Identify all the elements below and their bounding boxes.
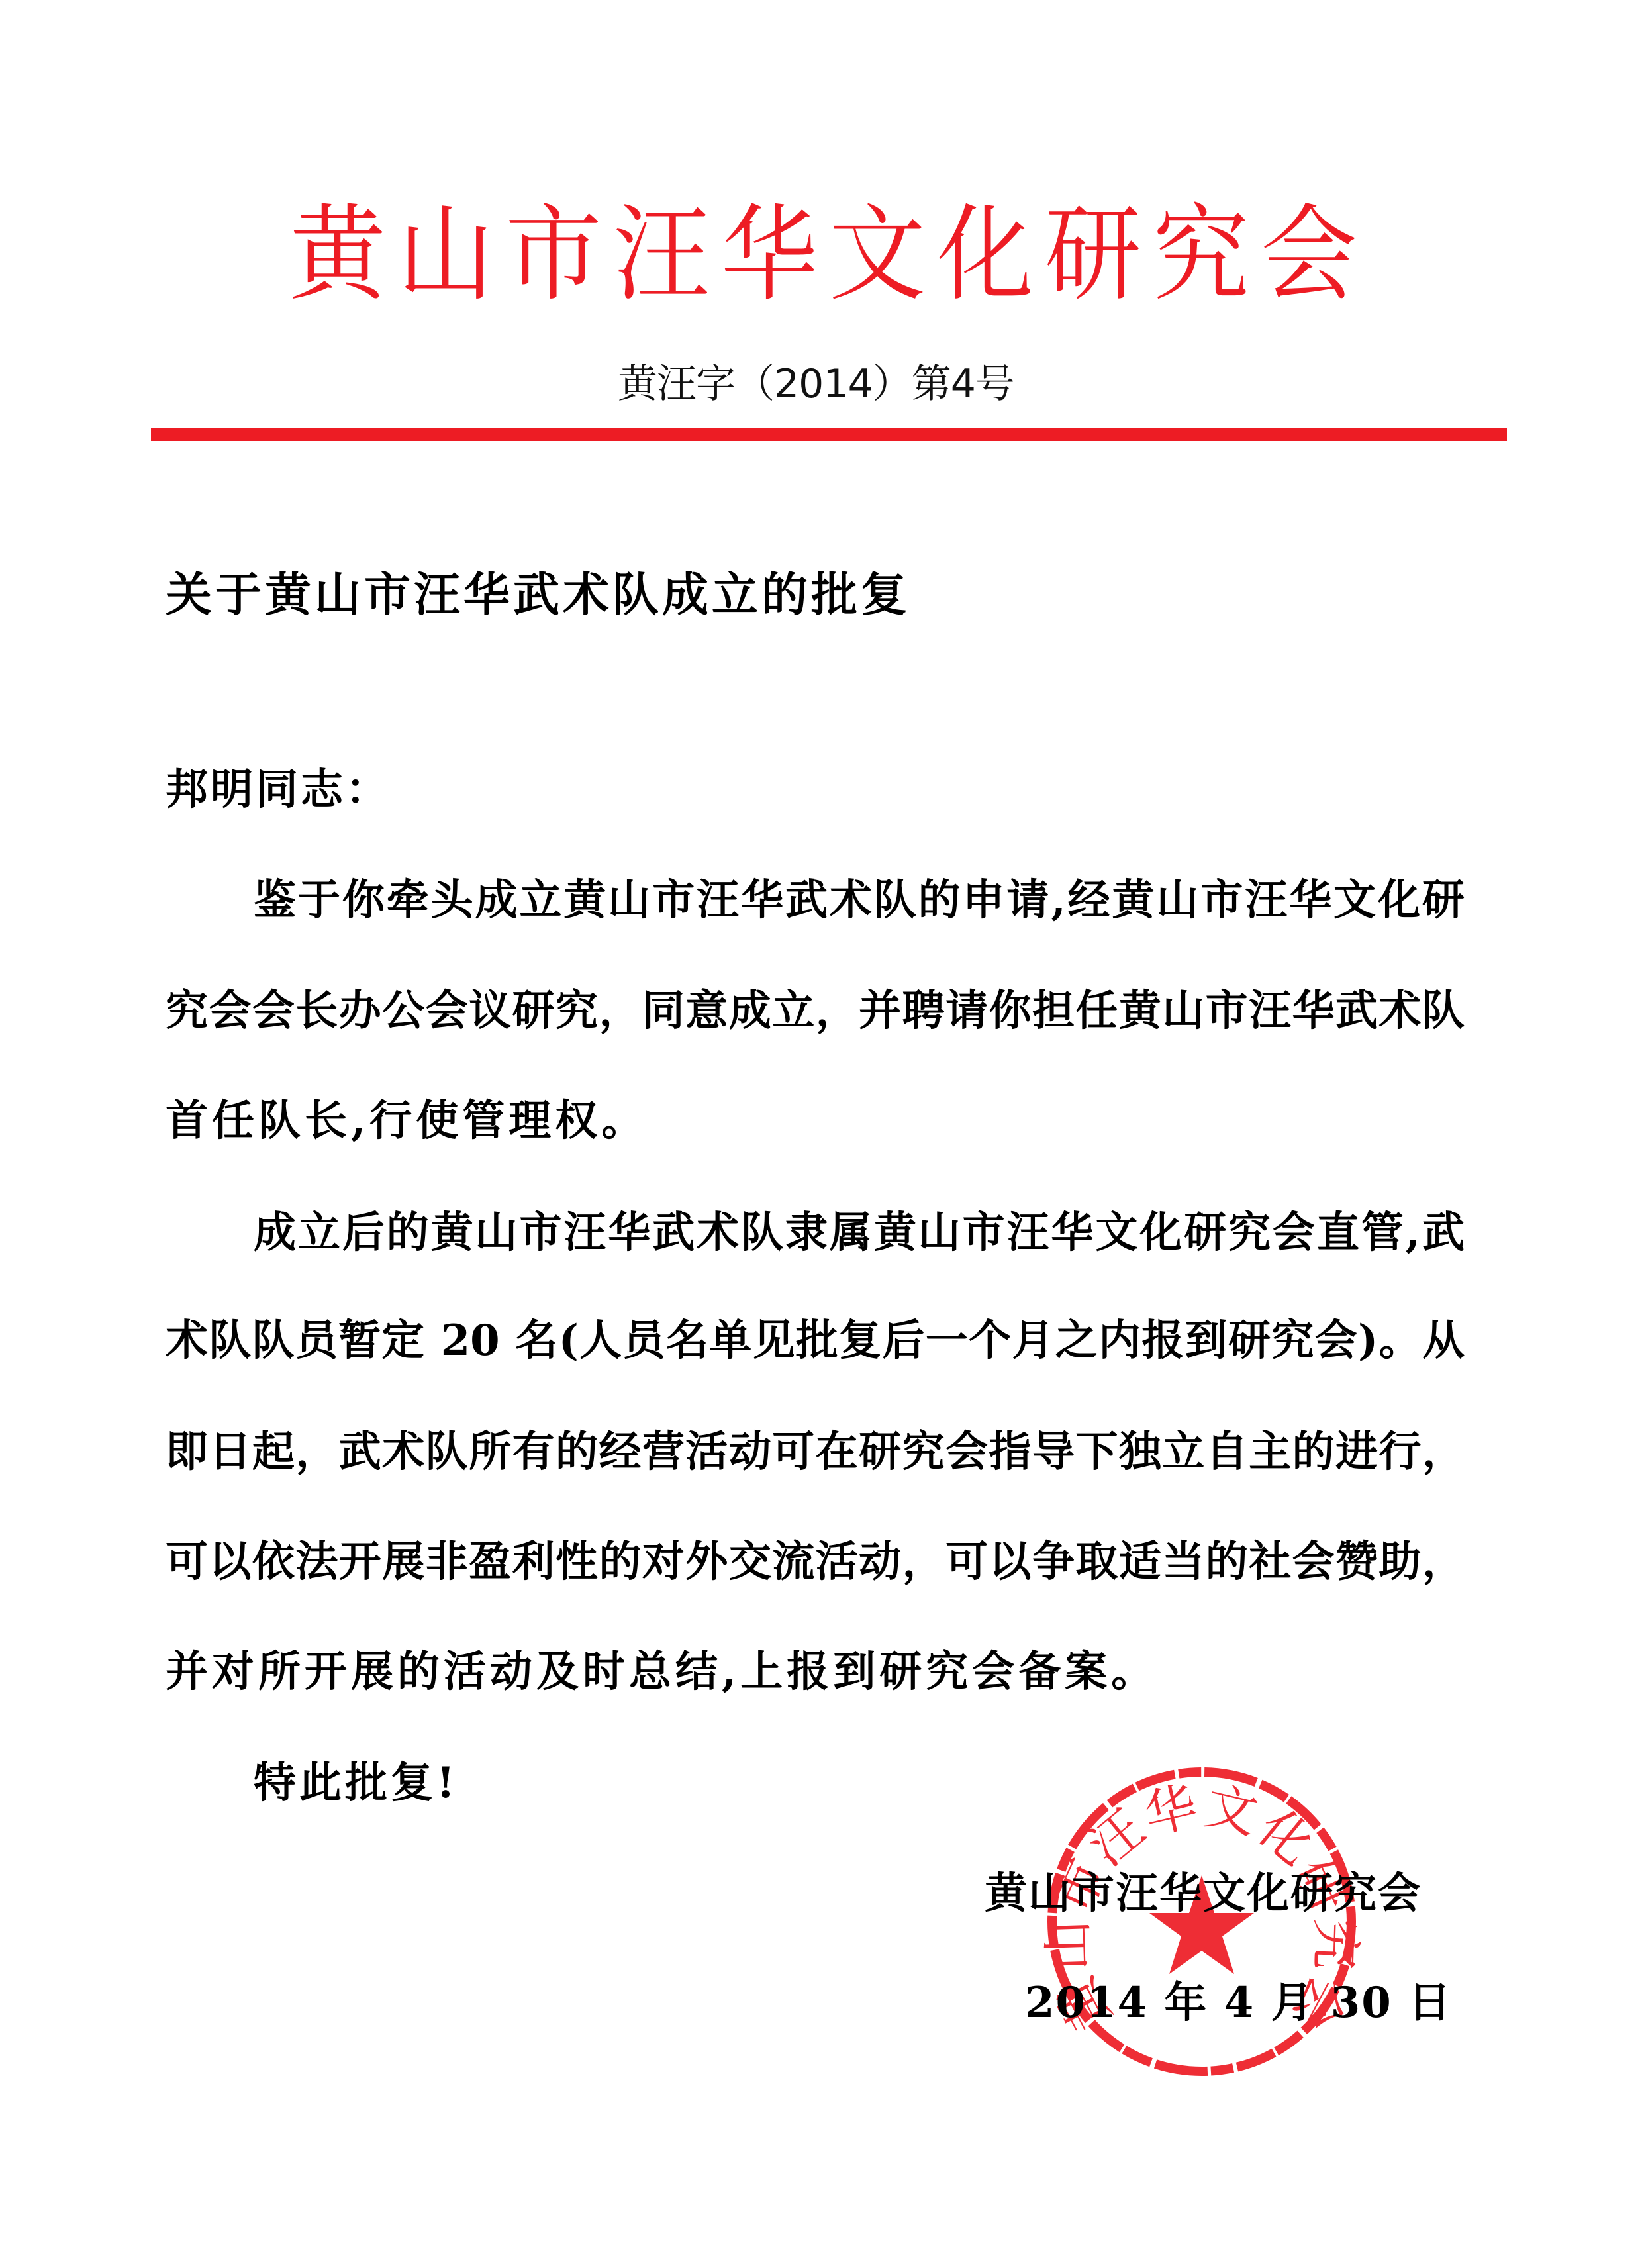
- closing-remark: 特此批复!: [254, 1753, 458, 1813]
- paragraph-2-line-1: 成立后的黄山市汪华武术队隶属黄山市汪华文化研究会直管,武: [254, 1203, 1465, 1263]
- paragraph-2-line-2: 术队队员暂定 20 名(人员名单见批复后一个月之内报到研究会)。从: [166, 1311, 1465, 1371]
- subject-line: 关于黄山市汪华武术队成立的批复: [166, 562, 910, 628]
- paragraph-2-line-4: 可以依法开展非盈利性的对外交流活动，可以争取适当的社会赞助，: [166, 1532, 1465, 1592]
- masthead-title: 黄山市汪华文化研究会: [289, 187, 1375, 322]
- signature-organization: 黄山市汪华文化研究会: [985, 1864, 1422, 1924]
- document-number: 黄汪字（2014）第4号: [618, 358, 1041, 411]
- paragraph-1-line-1: 鉴于你牵头成立黄山市汪华武术队的申请,经黄山市汪华文化研: [254, 871, 1465, 930]
- paragraph-2-line-5: 并对所开展的活动及时总结,上报到研究会备案。: [166, 1642, 1465, 1702]
- salutation: 邦明同志：: [166, 760, 391, 820]
- paragraph-1-line-3: 首任队长,行使管理权。: [166, 1091, 1465, 1151]
- paragraph-1-line-2: 究会会长办公会议研究，同意成立，并聘请你担任黄山市汪华武术队: [166, 981, 1465, 1041]
- document-page: 黄山市汪华文化研究会 黄汪字（2014）第4号 关于黄山市汪华武术队成立的批复 …: [0, 0, 1642, 2268]
- signature-date: 2014 年 4 月 30 日: [1025, 1973, 1452, 2033]
- masthead-divider: [151, 428, 1507, 441]
- paragraph-2-line-3: 即日起，武术队所有的经营活动可在研究会指导下独立自主的进行，: [166, 1422, 1465, 1482]
